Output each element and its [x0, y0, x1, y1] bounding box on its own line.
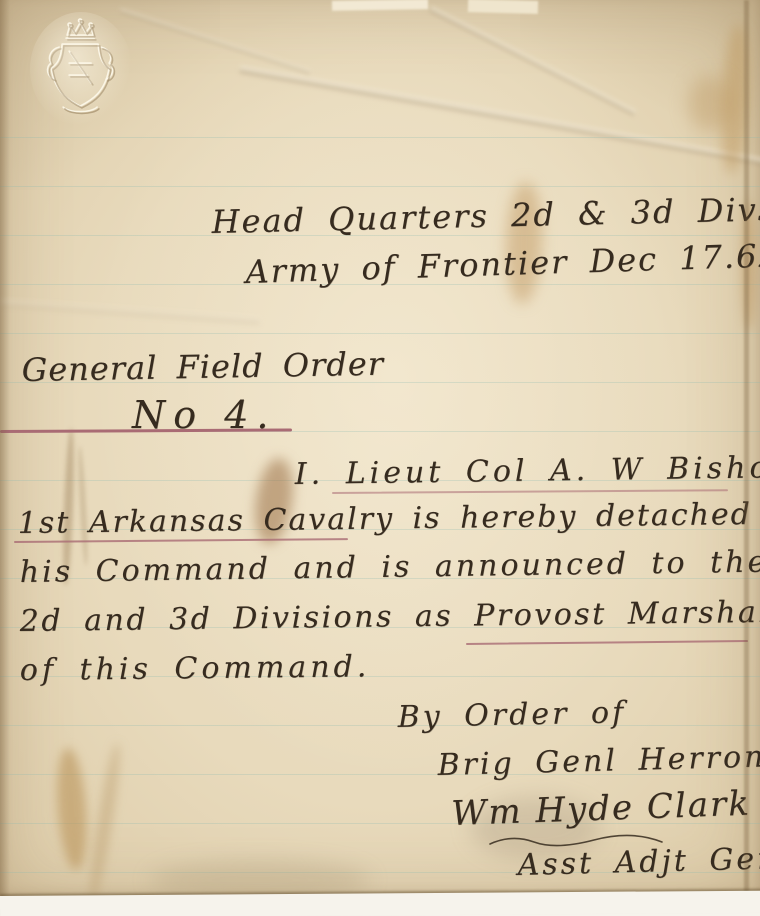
body-line-5: of this Command. [20, 652, 371, 686]
order-number: No 4. [132, 396, 276, 434]
paper-edge [0, 0, 10, 901]
signature-title: Asst Adjt Genl [517, 844, 760, 881]
aged-paper: Head Quarters 2d & 3d Divs Army of Front… [0, 0, 760, 901]
body-line-2: 1st Arkansas Cavalry is hereby detached … [18, 499, 760, 539]
embossed-seal-icon [30, 12, 132, 126]
stain [688, 76, 732, 132]
torn-edge [332, 0, 428, 11]
torn-edge [468, 0, 538, 14]
order-title: General Field Order [21, 348, 384, 386]
paper-bottom-edge [0, 891, 760, 916]
body-line-4: 2d and 3d Divisions as Provost Marshall [20, 598, 760, 637]
seal-emboss-highlight [30, 12, 132, 126]
closing-by-order: By Order of [397, 698, 626, 733]
scanned-document-page: Head Quarters 2d & 3d Divs Army of Front… [0, 0, 760, 916]
signature-name: Wm Hyde Clark [451, 787, 752, 831]
body-line-1: I. Lieut Col A. W Bishop [295, 453, 760, 490]
closing-general-name: Brig Genl Herron. [437, 742, 760, 781]
paper-edge [744, 0, 749, 901]
